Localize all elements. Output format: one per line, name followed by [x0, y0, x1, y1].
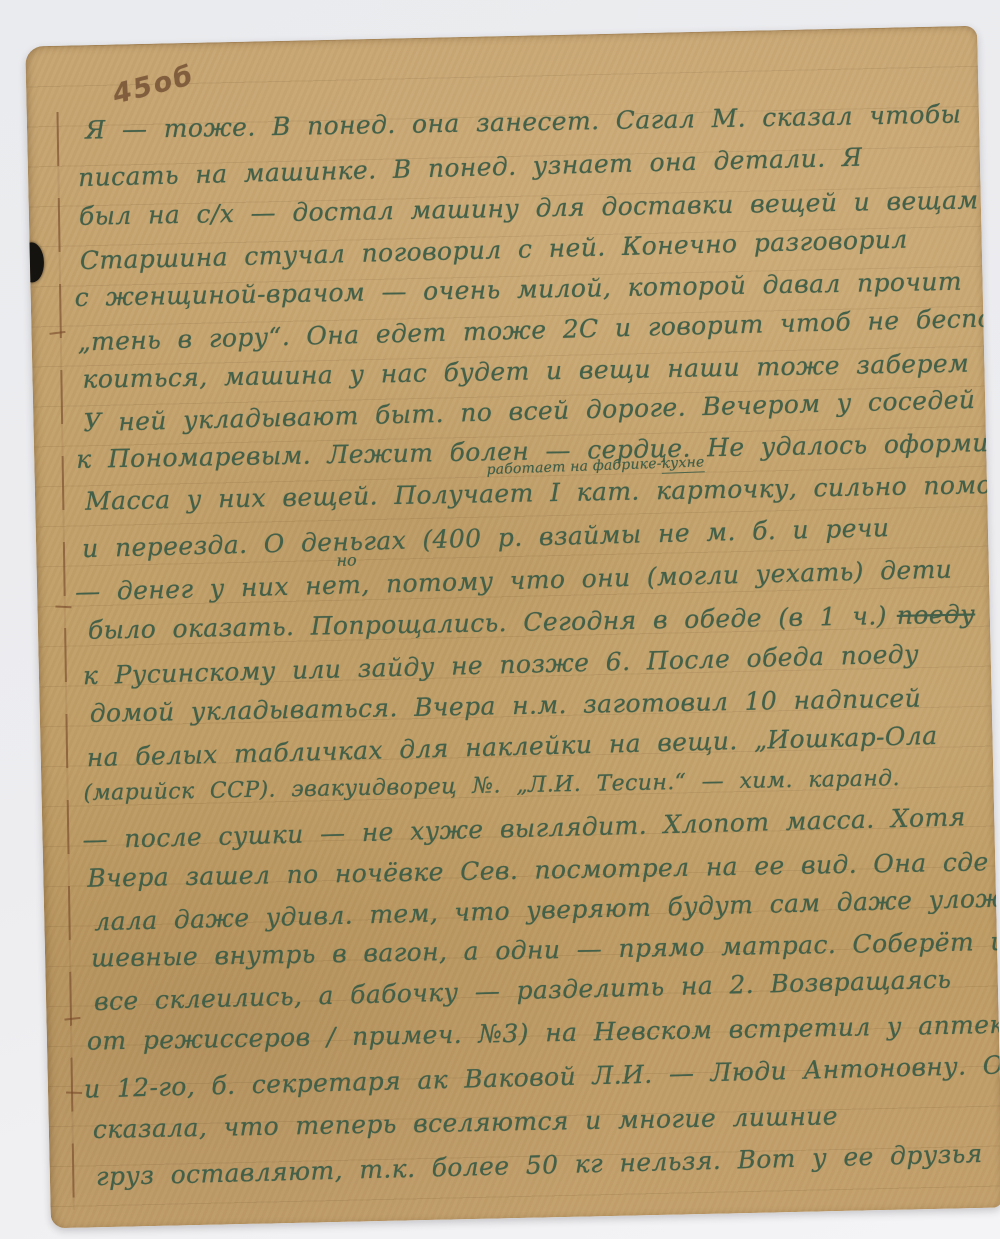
insertion-underlined-word: кухне	[661, 454, 705, 474]
manuscript-line: и 12-го, б. секретаря ак Ваковой Л.И. — …	[84, 1050, 1000, 1104]
margin-tick	[66, 1091, 82, 1093]
manuscript-line: было оказать. Попрощались. Сегодня в обе…	[88, 599, 976, 644]
margin-tick	[55, 605, 71, 608]
manuscript-line: все склеились, а бабочку — разделить на …	[94, 965, 952, 1016]
manuscript-line: на белых табличках для наклейки на вещи.…	[86, 721, 937, 772]
margin-tick	[49, 331, 65, 335]
manuscript-line: Я — тоже. В понед. она занесет. Сагал М.…	[85, 98, 1000, 145]
margin-rule-line	[56, 112, 74, 1210]
archival-page-number: 45об	[110, 60, 198, 110]
manuscript-line: сказала, что теперь вселяются и многие л…	[93, 1101, 839, 1144]
manuscript-line: писать на машинке. В понед. узнает она д…	[78, 143, 863, 193]
manuscript-line: лала даже удивл. тем, что уверяют будут …	[94, 882, 1000, 936]
interlinear-insertion: но	[336, 550, 357, 569]
manuscript-page: 45об Я — тоже. В понед. она занесет. Саг…	[25, 26, 1000, 1228]
manuscript-line: — денег у них нет, потому что они (могли…	[75, 555, 953, 607]
manuscript-line: к Русинскому или зайду не позже 6. После…	[83, 639, 920, 690]
photo-backdrop: 45об Я — тоже. В понед. она занесет. Саг…	[0, 0, 1000, 1239]
manuscript-line: У ней укладывают быт. по всей дороге. Ве…	[83, 385, 976, 437]
margin-tick	[64, 1017, 80, 1021]
binding-hole	[25, 242, 44, 283]
struck-out-word: поеду	[897, 599, 976, 629]
manuscript-line: и переезда. О деньгах (400 р. взаймы не …	[82, 513, 890, 563]
line-text: было оказать. Попрощались. Сегодня в обе…	[88, 601, 887, 645]
manuscript-line: домой укладываться. Вчера н.м. заготовил…	[90, 684, 922, 728]
manuscript-line: — после сушки — не хуже выглядит. Хлопот…	[82, 802, 966, 854]
manuscript-line: шевные внутрь в вагон, а одни — прямо ма…	[91, 926, 1000, 973]
manuscript-line: груз оставляют, т.к. более 50 кг нельзя.…	[96, 1139, 983, 1191]
manuscript-line: коиться, машина у нас будет и вещи наши …	[82, 349, 969, 394]
manuscript-line: (марийск ССР). эвакуидворец №. „Л.И. Тес…	[83, 766, 900, 806]
manuscript-line: от режиссеров / примеч. №3) на Невском в…	[87, 1009, 1000, 1056]
manuscript-line: Масса у них вещей. Получает I кат. карто…	[85, 470, 1000, 516]
manuscript-line: с женщиной-врачом — очень милой, которой…	[74, 267, 962, 312]
manuscript-line: был на с/х — достал машину для доставки …	[79, 185, 979, 230]
manuscript-line: Вчера зашел по ночёвке Сев. посмотрел на…	[87, 847, 989, 893]
manuscript-line: „тень в гору“. Она едет тоже 2С и говори…	[77, 303, 993, 356]
manuscript-line: Старшина стучал поговорил с ней. Конечно…	[80, 225, 908, 276]
